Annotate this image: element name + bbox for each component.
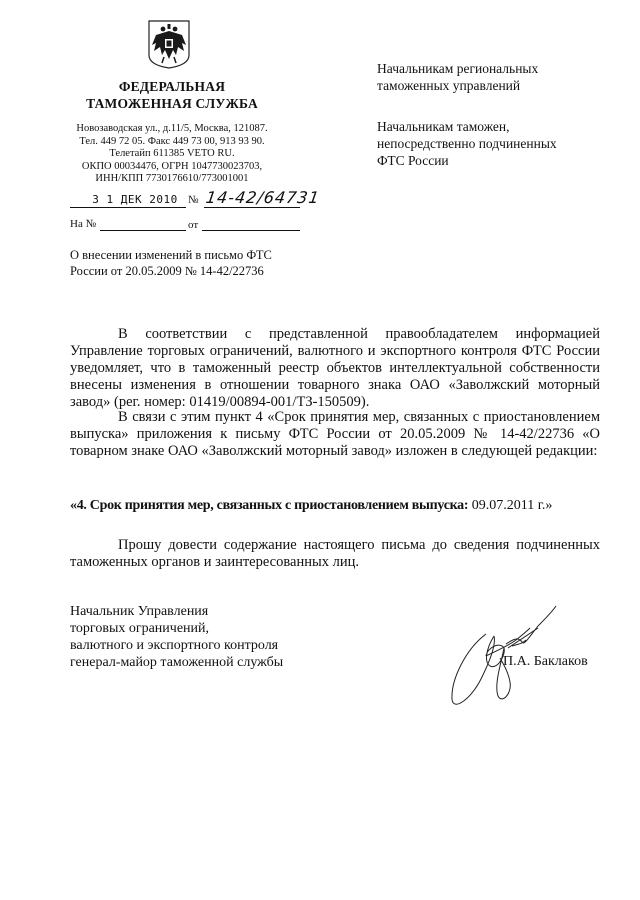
phone-line: Тел. 449 72 05. Факс 449 73 00, 913 93 9… — [62, 136, 282, 149]
number-label: № — [188, 194, 199, 206]
addressee-line: Начальникам региональных — [377, 60, 617, 77]
title-line: генерал-майор таможенной службы — [70, 654, 283, 671]
clause-text: «4. Срок принятия мер, связанных с приос… — [70, 498, 468, 513]
title-line: Начальник Управления — [70, 603, 283, 620]
signer-name: П.А. Баклаков — [503, 654, 588, 670]
from-date-field — [202, 230, 300, 231]
registration-number: 14-42/64731 — [205, 188, 321, 207]
address-block: Новозаводская ул., д.11/5, Москва, 12108… — [62, 123, 282, 186]
paragraph-text: В соответствии с представленной правообл… — [70, 326, 600, 410]
addressee-customs: Начальникам таможен, непосредственно под… — [377, 118, 617, 169]
subject-line: О внесении изменений в письмо ФТС — [70, 247, 310, 263]
paragraph-text: В связи с этим пункт 4 «Срок принятия ме… — [70, 409, 600, 459]
date-underline — [70, 207, 186, 208]
okpo-ogrn-line: ОКПО 00034476, ОГРН 1047730023703, — [62, 161, 282, 174]
title-line: валютного и экспортного контроля — [70, 637, 283, 654]
clause-date: 09.07.2011 г.» — [468, 498, 552, 513]
reply-to-field — [100, 230, 186, 231]
addressee-line: таможенных управлений — [377, 77, 617, 94]
coat-of-arms-icon — [146, 19, 192, 69]
from-label: от — [188, 219, 198, 231]
body-paragraph-3: Прошу довести содержание настоящего пись… — [70, 537, 600, 571]
org-name-line-2: ТАМОЖЕННАЯ СЛУЖБА — [62, 95, 282, 112]
reply-to-label: На № — [70, 218, 96, 230]
inn-kpp-line: ИНН/КПП 7730176610/773001001 — [62, 173, 282, 186]
teletype-line: Телетайп 611385 VETO RU. — [62, 148, 282, 161]
date-stamp: 3 1 ДЕК 2010 — [80, 193, 190, 206]
addressee-line: Начальникам таможен, — [377, 118, 617, 135]
subject-line: России от 20.05.2009 № 14-42/22736 — [70, 263, 310, 279]
number-underline — [204, 207, 300, 208]
addressee-line: ФТС России — [377, 152, 617, 169]
body-paragraph-2: В связи с этим пункт 4 «Срок принятия ме… — [70, 409, 600, 460]
signatory-title: Начальник Управления торговых ограничени… — [70, 603, 283, 671]
subject: О внесении изменений в письмо ФТС России… — [70, 247, 310, 279]
amended-clause: «4. Срок принятия мер, связанных с приос… — [70, 498, 610, 514]
paragraph-text: Прошу довести содержание настоящего пись… — [70, 537, 600, 570]
addressee-regional: Начальникам региональных таможенных упра… — [377, 60, 617, 94]
title-line: торговых ограничений, — [70, 620, 283, 637]
body-paragraph-1: В соответствии с представленной правообл… — [70, 326, 600, 411]
address-line: Новозаводская ул., д.11/5, Москва, 12108… — [62, 123, 282, 136]
org-name-line-1: ФЕДЕРАЛЬНАЯ — [62, 78, 282, 95]
addressee-line: непосредственно подчиненных — [377, 135, 617, 152]
